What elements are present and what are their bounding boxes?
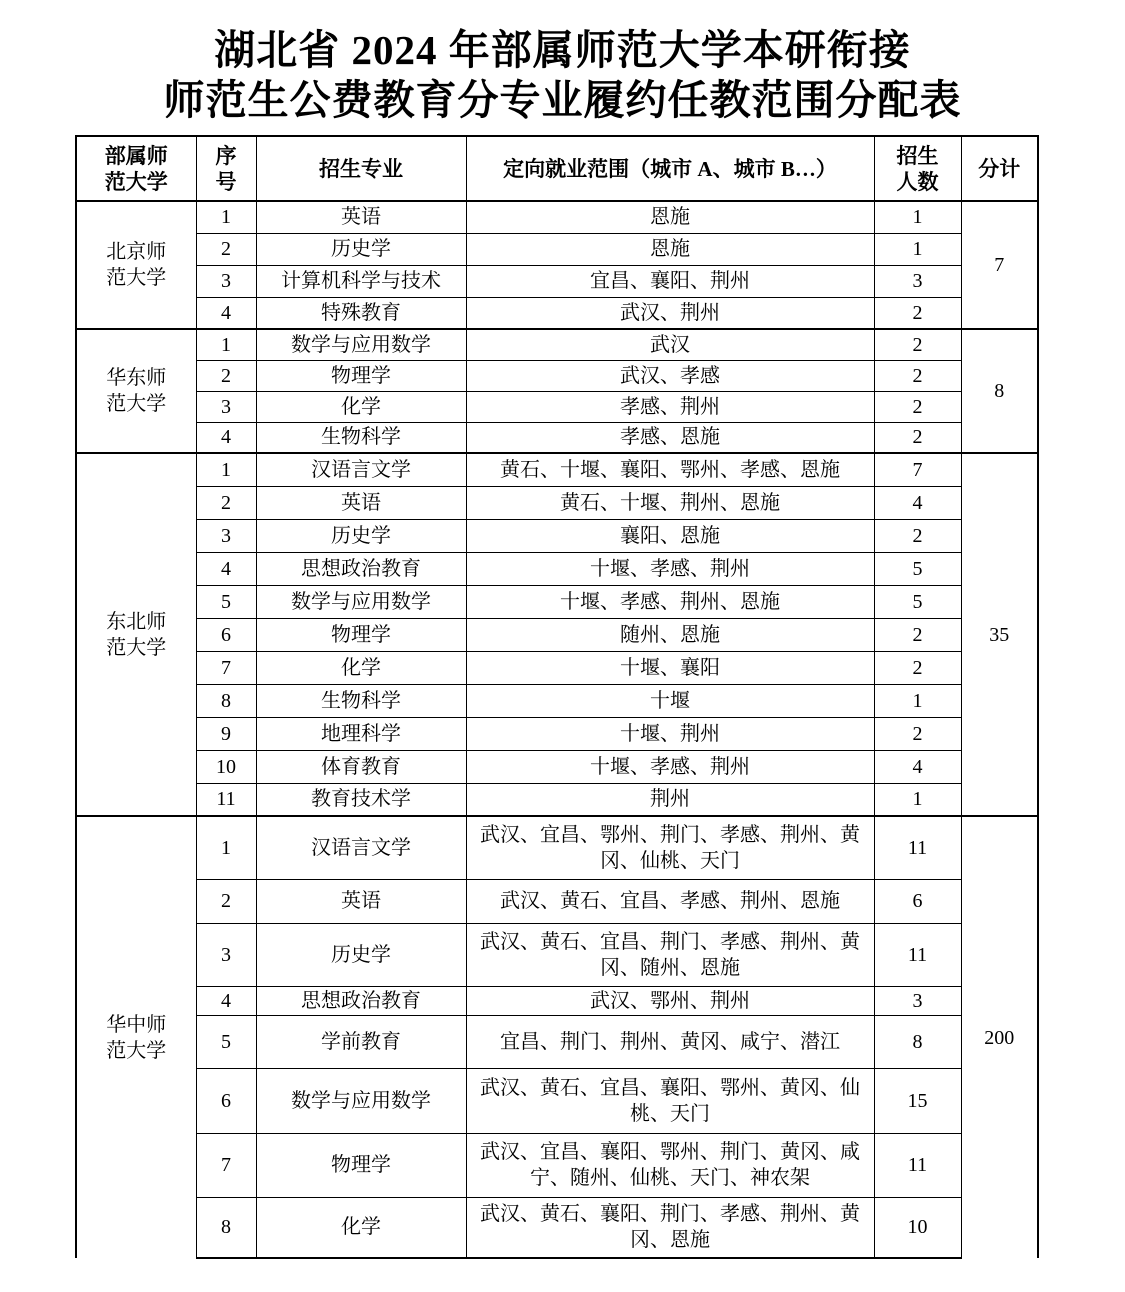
university-cell: 华东师 范大学: [76, 329, 196, 453]
cities-cell: 十堰、孝感、荆州、恩施: [466, 585, 874, 618]
cities-cell: 十堰、襄阳: [466, 651, 874, 684]
row-number-cell: 3: [196, 391, 256, 422]
count-cell: 6: [874, 879, 961, 923]
count-cell: 1: [874, 684, 961, 717]
row-number-cell: 2: [196, 879, 256, 923]
table-row: 8生物科学十堰1: [76, 684, 1038, 717]
subtotal-cell: 7: [961, 201, 1038, 329]
table-row: 10体育教育十堰、孝感、荆州4: [76, 750, 1038, 783]
count-cell: 1: [874, 233, 961, 265]
cities-cell: 武汉、黄石、宜昌、孝感、荆州、恩施: [466, 879, 874, 923]
major-cell: 英语: [256, 879, 466, 923]
major-cell: 思想政治教育: [256, 986, 466, 1015]
row-number-cell: 6: [196, 1068, 256, 1133]
major-cell: 化学: [256, 1197, 466, 1258]
row-number-cell: 4: [196, 986, 256, 1015]
count-cell: 11: [874, 816, 961, 879]
major-cell: 数学与应用数学: [256, 585, 466, 618]
table-row: 6物理学随州、恩施2: [76, 618, 1038, 651]
row-number-cell: 5: [196, 1015, 256, 1068]
row-number-cell: 3: [196, 265, 256, 297]
cities-cell: 孝感、荆州: [466, 391, 874, 422]
university-cell: 北京师 范大学: [76, 201, 196, 329]
document-page: 湖北省 2024 年部属师范大学本研衔接 师范生公费教育分专业履约任教范围分配表…: [0, 0, 1125, 1292]
row-number-cell: 1: [196, 816, 256, 879]
university-cell: 华中师 范大学: [76, 816, 196, 1258]
subtotal-cell: 35: [961, 453, 1038, 816]
count-cell: 5: [874, 585, 961, 618]
count-cell: 2: [874, 717, 961, 750]
cities-cell: 荆州: [466, 783, 874, 816]
cities-cell: 十堰: [466, 684, 874, 717]
cities-cell: 孝感、恩施: [466, 422, 874, 453]
table-row: 4生物科学孝感、恩施2: [76, 422, 1038, 453]
major-cell: 化学: [256, 651, 466, 684]
count-cell: 1: [874, 783, 961, 816]
count-cell: 2: [874, 651, 961, 684]
cities-cell: 十堰、孝感、荆州: [466, 552, 874, 585]
row-number-cell: 11: [196, 783, 256, 816]
major-cell: 教育技术学: [256, 783, 466, 816]
row-number-cell: 3: [196, 519, 256, 552]
row-number-cell: 10: [196, 750, 256, 783]
table-row: 华东师 范大学1数学与应用数学武汉28: [76, 329, 1038, 360]
table-row: 3历史学襄阳、恩施2: [76, 519, 1038, 552]
table-row: 2历史学恩施1: [76, 233, 1038, 265]
count-cell: 11: [874, 923, 961, 986]
row-number-cell: 4: [196, 422, 256, 453]
table-row: 5数学与应用数学十堰、孝感、荆州、恩施5: [76, 585, 1038, 618]
cities-cell: 十堰、荆州: [466, 717, 874, 750]
count-cell: 2: [874, 422, 961, 453]
title-block: 湖北省 2024 年部属师范大学本研衔接 师范生公费教育分专业履约任教范围分配表: [0, 0, 1125, 125]
count-cell: 2: [874, 519, 961, 552]
table-row: 华中师 范大学1汉语言文学武汉、宜昌、鄂州、荆门、孝感、荆州、黄冈、仙桃、天门1…: [76, 816, 1038, 879]
cities-cell: 武汉、黄石、宜昌、襄阳、鄂州、黄冈、仙桃、天门: [466, 1068, 874, 1133]
table-row: 5学前教育宜昌、荆门、荆州、黄冈、咸宁、潜江8: [76, 1015, 1038, 1068]
col-header-number: 序 号: [196, 136, 256, 201]
row-number-cell: 6: [196, 618, 256, 651]
allocation-table: 部属师 范大学 序 号 招生专业 定向就业范围（城市 A、城市 B…） 招生 人…: [75, 135, 1039, 1259]
row-number-cell: 1: [196, 201, 256, 233]
row-number-cell: 4: [196, 552, 256, 585]
row-number-cell: 9: [196, 717, 256, 750]
table-row: 北京师 范大学1英语恩施17: [76, 201, 1038, 233]
cities-cell: 武汉、黄石、襄阳、荆门、孝感、荆州、黄冈、恩施: [466, 1197, 874, 1258]
major-cell: 特殊教育: [256, 297, 466, 329]
count-cell: 3: [874, 265, 961, 297]
row-number-cell: 7: [196, 651, 256, 684]
major-cell: 物理学: [256, 618, 466, 651]
major-cell: 数学与应用数学: [256, 1068, 466, 1133]
page-title-line1: 湖北省 2024 年部属师范大学本研衔接: [0, 25, 1125, 75]
cities-cell: 恩施: [466, 233, 874, 265]
row-number-cell: 1: [196, 453, 256, 486]
university-section: 东北师 范大学1汉语言文学黄石、十堰、襄阳、鄂州、孝感、恩施7352英语黄石、十…: [76, 453, 1038, 816]
cities-cell: 武汉、宜昌、襄阳、鄂州、荆门、黄冈、咸宁、随州、仙桃、天门、神农架: [466, 1133, 874, 1197]
page-title-line2: 师范生公费教育分专业履约任教范围分配表: [0, 75, 1125, 125]
cities-cell: 恩施: [466, 201, 874, 233]
major-cell: 化学: [256, 391, 466, 422]
major-cell: 历史学: [256, 233, 466, 265]
major-cell: 汉语言文学: [256, 453, 466, 486]
count-cell: 2: [874, 360, 961, 391]
count-cell: 3: [874, 986, 961, 1015]
major-cell: 计算机科学与技术: [256, 265, 466, 297]
table-row: 2物理学武汉、孝感2: [76, 360, 1038, 391]
cities-cell: 武汉、荆州: [466, 297, 874, 329]
row-number-cell: 4: [196, 297, 256, 329]
row-number-cell: 2: [196, 233, 256, 265]
major-cell: 体育教育: [256, 750, 466, 783]
major-cell: 英语: [256, 201, 466, 233]
count-cell: 2: [874, 329, 961, 360]
table-row: 8化学武汉、黄石、襄阳、荆门、孝感、荆州、黄冈、恩施10: [76, 1197, 1038, 1258]
major-cell: 地理科学: [256, 717, 466, 750]
table-row: 4特殊教育武汉、荆州2: [76, 297, 1038, 329]
major-cell: 思想政治教育: [256, 552, 466, 585]
col-header-cities: 定向就业范围（城市 A、城市 B…）: [466, 136, 874, 201]
row-number-cell: 5: [196, 585, 256, 618]
major-cell: 学前教育: [256, 1015, 466, 1068]
cities-cell: 随州、恩施: [466, 618, 874, 651]
count-cell: 2: [874, 297, 961, 329]
row-number-cell: 8: [196, 684, 256, 717]
header-row: 部属师 范大学 序 号 招生专业 定向就业范围（城市 A、城市 B…） 招生 人…: [76, 136, 1038, 201]
subtotal-cell: 8: [961, 329, 1038, 453]
count-cell: 2: [874, 391, 961, 422]
count-cell: 4: [874, 486, 961, 519]
major-cell: 英语: [256, 486, 466, 519]
col-header-major: 招生专业: [256, 136, 466, 201]
cities-cell: 宜昌、荆门、荆州、黄冈、咸宁、潜江: [466, 1015, 874, 1068]
table-row: 7化学十堰、襄阳2: [76, 651, 1038, 684]
row-number-cell: 2: [196, 360, 256, 391]
table-header: 部属师 范大学 序 号 招生专业 定向就业范围（城市 A、城市 B…） 招生 人…: [76, 136, 1038, 201]
major-cell: 历史学: [256, 923, 466, 986]
table-row: 2英语黄石、十堰、荆州、恩施4: [76, 486, 1038, 519]
count-cell: 10: [874, 1197, 961, 1258]
cities-cell: 武汉、黄石、宜昌、荆门、孝感、荆州、黄冈、随州、恩施: [466, 923, 874, 986]
subtotal-cell: 200: [961, 816, 1038, 1258]
row-number-cell: 3: [196, 923, 256, 986]
cities-cell: 襄阳、恩施: [466, 519, 874, 552]
major-cell: 汉语言文学: [256, 816, 466, 879]
table-row: 4思想政治教育十堰、孝感、荆州5: [76, 552, 1038, 585]
cities-cell: 武汉: [466, 329, 874, 360]
major-cell: 物理学: [256, 1133, 466, 1197]
table-row: 4思想政治教育武汉、鄂州、荆州3: [76, 986, 1038, 1015]
table-row: 2英语武汉、黄石、宜昌、孝感、荆州、恩施6: [76, 879, 1038, 923]
row-number-cell: 7: [196, 1133, 256, 1197]
table-row: 7物理学武汉、宜昌、襄阳、鄂州、荆门、黄冈、咸宁、随州、仙桃、天门、神农架11: [76, 1133, 1038, 1197]
col-header-subtotal: 分计: [961, 136, 1038, 201]
count-cell: 5: [874, 552, 961, 585]
university-cell: 东北师 范大学: [76, 453, 196, 816]
table-row: 东北师 范大学1汉语言文学黄石、十堰、襄阳、鄂州、孝感、恩施735: [76, 453, 1038, 486]
cities-cell: 宜昌、襄阳、荆州: [466, 265, 874, 297]
count-cell: 11: [874, 1133, 961, 1197]
col-header-count: 招生 人数: [874, 136, 961, 201]
major-cell: 生物科学: [256, 422, 466, 453]
major-cell: 数学与应用数学: [256, 329, 466, 360]
cities-cell: 十堰、孝感、荆州: [466, 750, 874, 783]
row-number-cell: 2: [196, 486, 256, 519]
university-section: 华中师 范大学1汉语言文学武汉、宜昌、鄂州、荆门、孝感、荆州、黄冈、仙桃、天门1…: [76, 816, 1038, 1258]
table-row: 3化学孝感、荆州2: [76, 391, 1038, 422]
cities-cell: 黄石、十堰、襄阳、鄂州、孝感、恩施: [466, 453, 874, 486]
cities-cell: 武汉、鄂州、荆州: [466, 986, 874, 1015]
cities-cell: 黄石、十堰、荆州、恩施: [466, 486, 874, 519]
major-cell: 物理学: [256, 360, 466, 391]
count-cell: 15: [874, 1068, 961, 1133]
major-cell: 历史学: [256, 519, 466, 552]
count-cell: 2: [874, 618, 961, 651]
university-section: 华东师 范大学1数学与应用数学武汉282物理学武汉、孝感23化学孝感、荆州24生…: [76, 329, 1038, 453]
table-row: 11教育技术学荆州1: [76, 783, 1038, 816]
table-row: 3历史学武汉、黄石、宜昌、荆门、孝感、荆州、黄冈、随州、恩施11: [76, 923, 1038, 986]
table-row: 3计算机科学与技术宜昌、襄阳、荆州3: [76, 265, 1038, 297]
row-number-cell: 8: [196, 1197, 256, 1258]
table-row: 9地理科学十堰、荆州2: [76, 717, 1038, 750]
cities-cell: 武汉、孝感: [466, 360, 874, 391]
count-cell: 8: [874, 1015, 961, 1068]
university-section: 北京师 范大学1英语恩施172历史学恩施13计算机科学与技术宜昌、襄阳、荆州34…: [76, 201, 1038, 329]
row-number-cell: 1: [196, 329, 256, 360]
major-cell: 生物科学: [256, 684, 466, 717]
col-header-university: 部属师 范大学: [76, 136, 196, 201]
cities-cell: 武汉、宜昌、鄂州、荆门、孝感、荆州、黄冈、仙桃、天门: [466, 816, 874, 879]
table-row: 6数学与应用数学武汉、黄石、宜昌、襄阳、鄂州、黄冈、仙桃、天门15: [76, 1068, 1038, 1133]
count-cell: 7: [874, 453, 961, 486]
count-cell: 1: [874, 201, 961, 233]
count-cell: 4: [874, 750, 961, 783]
